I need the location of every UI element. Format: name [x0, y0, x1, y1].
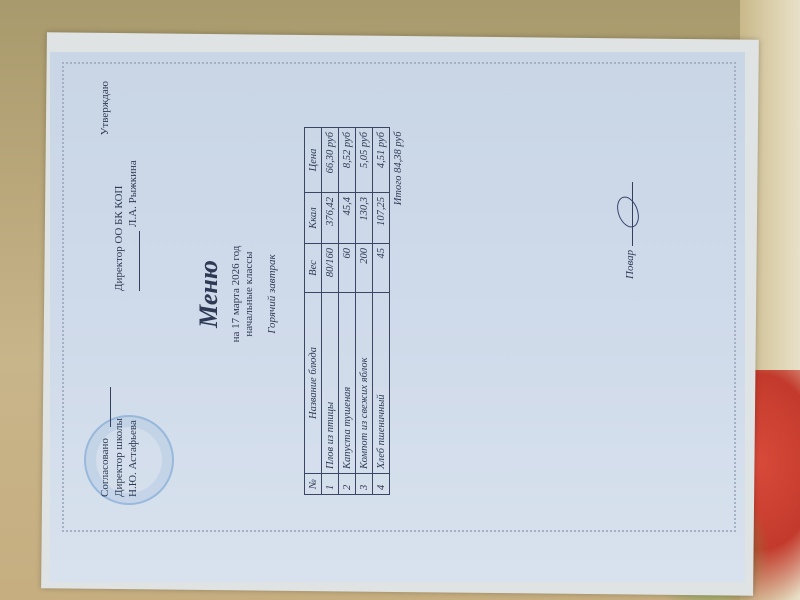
table-row: 3 Компот из свежих яблок 200 130,3 5,05 … [356, 128, 373, 495]
row-num: 3 [356, 474, 373, 495]
row-price: 4,51 руб [373, 128, 390, 193]
signature-icon [613, 193, 643, 230]
signature-line [139, 231, 140, 291]
header-kcal: Ккал [305, 193, 322, 244]
table-header: № Название блюда Вес Ккал Цена [305, 128, 322, 495]
row-name: Плов из птицы [322, 293, 339, 474]
row-weight: 200 [356, 244, 373, 293]
approval-label: Утверждаю [98, 81, 112, 291]
menu-page: Утверждаю Директор ОО БК КОП Л.А. Рыжкин… [64, 61, 734, 527]
header-weight: Вес [305, 244, 322, 293]
menu-table: № Название блюда Вес Ккал Цена 1 Плов из… [304, 127, 406, 495]
row-kcal: 130,3 [356, 193, 373, 244]
header-num: № [305, 474, 322, 495]
table-row: 2 Капуста тушеная 60 45,4 8,52 руб [339, 128, 356, 495]
table-row: 4 Хлеб пшеничный 45 107,25 4,51 руб [373, 128, 390, 495]
row-price: 5,05 руб [356, 128, 373, 193]
approval-position: Директор ОО БК КОП [112, 81, 126, 291]
cook-signature-block: Повар [624, 182, 636, 279]
page-title: Меню [194, 61, 224, 527]
row-name: Капуста тушеная [339, 293, 356, 474]
menu-date: на 17 марта 2026 год [230, 61, 242, 527]
total-price: Итого 84,38 руб [390, 128, 407, 495]
row-num: 1 [322, 474, 339, 495]
row-kcal: 45,4 [339, 193, 356, 244]
row-weight: 45 [373, 244, 390, 293]
header-price: Цена [305, 128, 322, 193]
approval-block: Утверждаю Директор ОО БК КОП Л.А. Рыжкин… [98, 81, 140, 291]
agreement-position: Директор школы [112, 337, 126, 497]
row-num: 2 [339, 474, 356, 495]
cook-label: Повар [624, 250, 636, 279]
agreement-name: Н.Ю. Астафьева [126, 337, 140, 497]
row-kcal: 107,25 [373, 193, 390, 244]
row-name: Хлеб пшеничный [373, 293, 390, 474]
agreement-block: Согласовано Директор школы Н.Ю. Астафьев… [98, 337, 140, 497]
meal-type: Горячий завтрак [266, 61, 278, 527]
total-row: Итого 84,38 руб [390, 128, 407, 495]
row-weight: 80/160 [322, 244, 339, 293]
header-name: Название блюда [305, 293, 322, 474]
row-price: 66,30 руб [322, 128, 339, 193]
row-name: Компот из свежих яблок [356, 293, 373, 474]
row-weight: 60 [339, 244, 356, 293]
table-row: 1 Плов из птицы 80/160 376,42 66,30 руб [322, 128, 339, 495]
row-num: 4 [373, 474, 390, 495]
row-kcal: 376,42 [322, 193, 339, 244]
signature-line [632, 182, 633, 246]
menu-classes: начальные классы [243, 61, 255, 527]
agreement-label: Согласовано [98, 337, 112, 497]
approval-name: Л.А. Рыжкина [127, 160, 139, 227]
row-price: 8,52 руб [339, 128, 356, 193]
